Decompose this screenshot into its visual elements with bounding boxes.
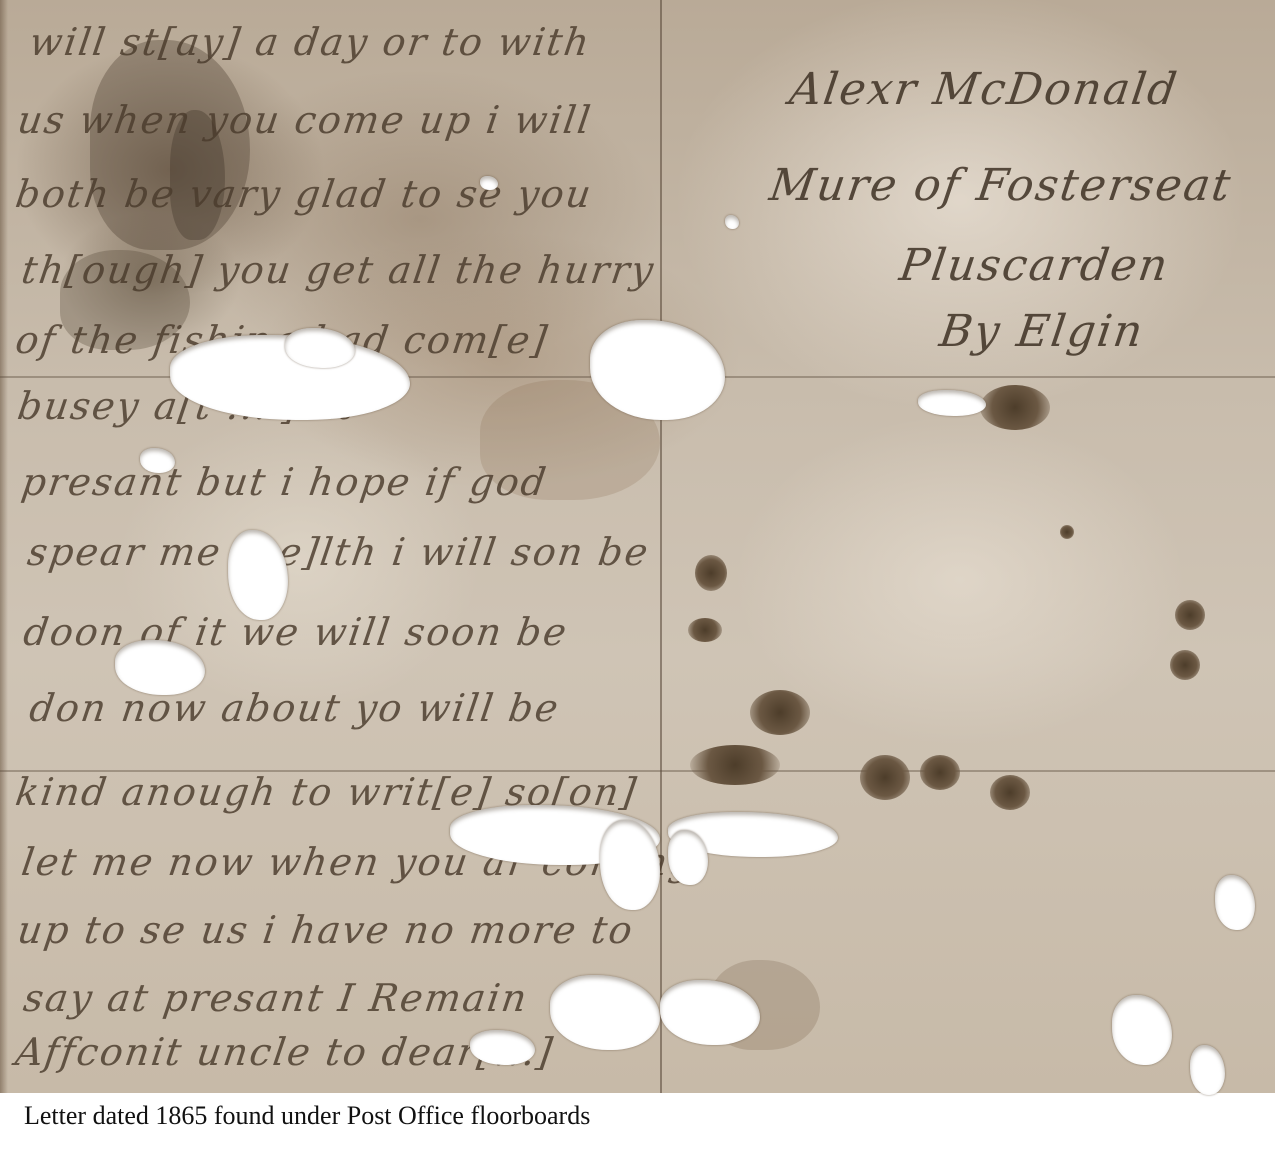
- mold-spot: [1175, 600, 1205, 630]
- address-name: Alexr McDonald: [786, 64, 1181, 115]
- paper-hole: [1190, 1045, 1225, 1095]
- mold-spot: [990, 775, 1030, 810]
- paper-hole: [918, 390, 986, 416]
- mold-spot: [980, 385, 1050, 430]
- address-line-4: By Elgin: [936, 306, 1147, 357]
- paper-edge: [0, 0, 8, 1093]
- handwriting-line: up to se us i have no more to: [15, 908, 637, 952]
- fold-line-vertical: [660, 0, 662, 1093]
- handwriting-line: both be vary glad to se you: [13, 172, 596, 216]
- handwriting-line: doon of it we will soon be: [21, 610, 571, 654]
- paper-hole: [140, 448, 175, 473]
- paper-hole: [1112, 995, 1172, 1065]
- paper-hole: [1215, 875, 1255, 930]
- photo-caption: Letter dated 1865 found under Post Offic…: [24, 1101, 590, 1131]
- water-stain: [90, 40, 250, 250]
- mold-spot: [750, 690, 810, 735]
- paper-hole: [590, 320, 725, 420]
- handwriting-line: will st[ay] a day or to with: [27, 20, 594, 64]
- letter-photo: will st[ay] a day or to with us when you…: [0, 0, 1275, 1093]
- mold-spot: [860, 755, 910, 800]
- mold-spot: [1170, 650, 1200, 680]
- handwriting-line: spear me [he]lth i will son be: [25, 530, 653, 574]
- handwriting-line: say at presant I Remain: [21, 976, 531, 1020]
- address-line-2: Mure of Fosterseat: [766, 160, 1235, 211]
- paper-hole: [725, 215, 739, 229]
- mold-spot: [690, 745, 780, 785]
- mold-spot: [688, 618, 722, 642]
- mold-spot: [920, 755, 960, 790]
- handwriting-line: th[ough] you get all the hurry: [19, 248, 658, 292]
- paper-hole: [550, 975, 660, 1050]
- mold-spot: [695, 555, 727, 591]
- handwriting-line: don now about yo will be: [27, 686, 563, 730]
- handwriting-line: presant but i hope if god: [19, 460, 551, 504]
- address-line-3: Pluscarden: [896, 240, 1172, 291]
- handwriting-line: us when you come up i will: [15, 98, 595, 142]
- mold-spot: [1060, 525, 1074, 539]
- paper-hole: [480, 176, 498, 190]
